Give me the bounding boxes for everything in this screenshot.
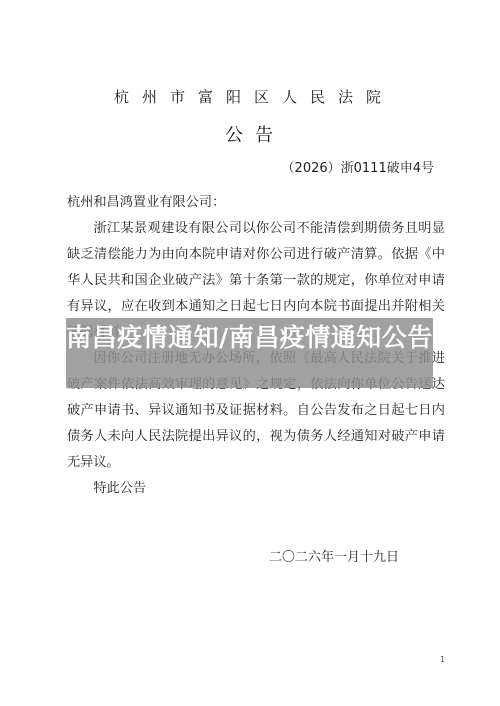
document-title: 公告 — [0, 121, 500, 147]
banner-title: 南昌疫情通知/南昌疫情通知公告 — [66, 318, 433, 352]
addressee: 杭州和昌鸿置业有限公司： — [67, 190, 445, 216]
document-date: 二〇二六年一月十九日 — [269, 546, 399, 565]
court-name: 杭州市富阳区人民法院 — [0, 86, 500, 107]
page-number: 1 — [440, 655, 445, 664]
case-number: （2026）浙0111破申4号 — [282, 157, 434, 176]
title-overlay-banner: 南昌疫情通知/南昌疫情通知公告 — [66, 318, 433, 388]
closing-line: 特此公告 — [67, 476, 445, 502]
